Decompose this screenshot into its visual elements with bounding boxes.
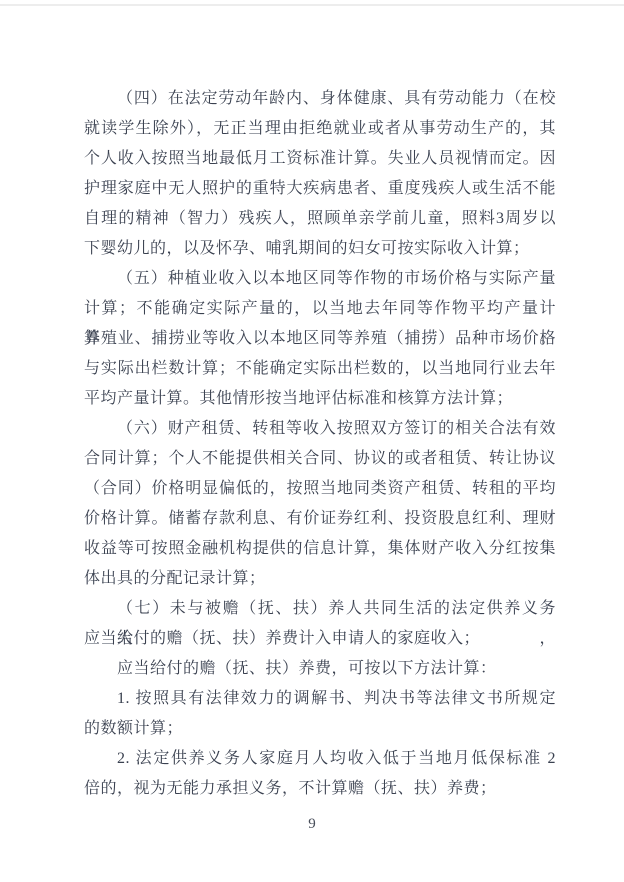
document-line: 下婴幼儿的，以及怀孕、哺乳期间的妇女可按实际收入计算； — [84, 234, 556, 264]
document-line: 计算；不能确定实际产量的，以当地去年同等作物平均产量计算。 — [84, 294, 556, 324]
document-line: 养殖业、捕捞业等收入以本地区同等养殖（捕捞）品种市场价格 — [84, 324, 556, 354]
document-line: 应当给付的赡（抚、扶）养费，可按以下方法计算： — [84, 654, 556, 684]
document-line: （七）未与被赡（抚、扶）养人共同生活的法定供养义务人， — [84, 594, 556, 624]
document-body: （四）在法定劳动年龄内、身体健康、具有劳动能力（在校 就读学生除外），无正当理由… — [84, 84, 556, 804]
document-line: 价格计算。储蓄存款利息、有价证券红利、投资股息红利、理财 — [84, 504, 556, 534]
document-line: 倍的，视为无能力承担义务，不计算赡（抚、扶）养费； — [84, 774, 556, 804]
document-line: 收益等可按照金融机构提供的信息计算，集体财产收入分红按集 — [84, 534, 556, 564]
page-number: 9 — [0, 814, 624, 834]
document-line: 与实际出栏数计算；不能确定实际出栏数的，以当地同行业去年 — [84, 354, 556, 384]
document-line: 1. 按照具有法律效力的调解书、判决书等法律文书所规定 — [84, 684, 556, 714]
document-line: （五）种植业收入以本地区同等作物的市场价格与实际产量 — [84, 264, 556, 294]
document-line: 自理的精神（智力）残疾人，照顾单亲学前儿童，照料3周岁以 — [84, 204, 556, 234]
document-line: 个人收入按照当地最低月工资标准计算。失业人员视情而定。因 — [84, 144, 556, 174]
document-line: 护理家庭中无人照护的重特大疾病患者、重度残疾人或生活不能 — [84, 174, 556, 204]
document-page: （四）在法定劳动年龄内、身体健康、具有劳动能力（在校 就读学生除外），无正当理由… — [0, 0, 624, 882]
document-line: 2. 法定供养义务人家庭月人均收入低于当地月低保标准 2 — [84, 744, 556, 774]
document-line: 的数额计算； — [84, 714, 556, 744]
document-line: （合同）价格明显偏低的，按照当地同类资产租赁、转租的平均 — [84, 474, 556, 504]
document-line: （四）在法定劳动年龄内、身体健康、具有劳动能力（在校 — [84, 84, 556, 114]
document-line: 就读学生除外），无正当理由拒绝就业或者从事劳动生产的，其 — [84, 114, 556, 144]
document-line: （六）财产租赁、转租等收入按照双方签订的相关合法有效 — [84, 414, 556, 444]
document-line: 平均产量计算。其他情形按当地评估标准和核算方法计算； — [84, 384, 556, 414]
scan-edge-artifact — [0, 4, 624, 6]
document-line: 合同计算；个人不能提供相关合同、协议的或者租赁、转让协议 — [84, 444, 556, 474]
document-line: 体出具的分配记录计算； — [84, 564, 556, 594]
